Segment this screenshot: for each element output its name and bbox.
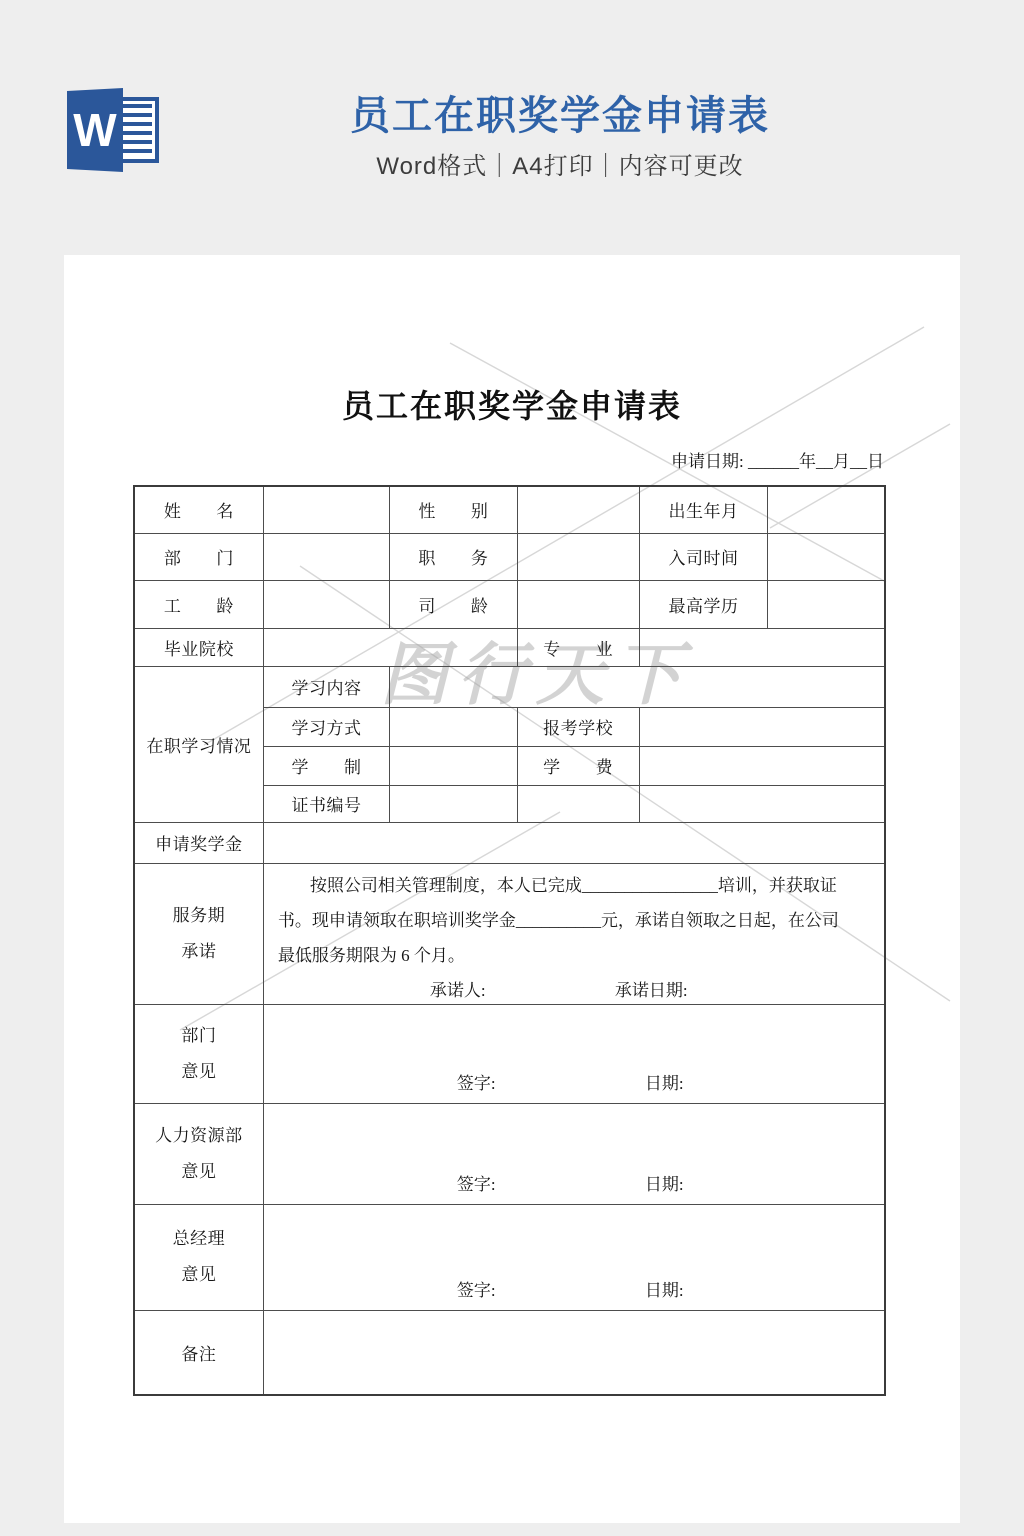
date-label: 日期: [645, 1175, 684, 1194]
field-highest-education [768, 580, 885, 628]
label-scholarship: 申请奖学金 [134, 822, 263, 863]
screen: W 员工在职奖学金申请表 Word格式｜A4打印｜内容可更改 图行天下 员工在职… [0, 0, 1024, 1536]
document-page: 图行天下 员工在职奖学金申请表 申请日期: ______年__月__日 姓 名 … [64, 255, 960, 1523]
dept-sign-row: 签字: 日期: [264, 1069, 884, 1103]
field-position [517, 533, 639, 580]
sign-label: 签字: [457, 1281, 496, 1300]
field-department [263, 533, 389, 580]
row-gm-opinion: 总经理 意见 签字: 日期: [134, 1204, 885, 1310]
field-name [263, 486, 389, 533]
field-join-time [768, 533, 885, 580]
row-study-content: 在职学习情况 学习内容 [134, 666, 885, 707]
label-remark: 备注 [134, 1310, 263, 1395]
label-graduate-school: 毕业院校 [134, 628, 263, 666]
label-schooling-length: 学 制 [263, 746, 389, 785]
field-cert-no-2 [517, 785, 639, 822]
row-name-gender-birth: 姓 名 性 别 出生年月 [134, 486, 885, 533]
promise-sign-row: 承诺人: 承诺日期: [264, 976, 884, 1001]
label-major: 专 业 [517, 628, 639, 666]
label-gm-opinion-line2: 意见 [135, 1257, 263, 1293]
row-dept-position-join: 部 门 职 务 入司时间 [134, 533, 885, 580]
row-service-promise: 服务期 承诺 按照公司相关管理制度，本人已完成________________培… [134, 863, 885, 1004]
field-schooling-length [390, 746, 517, 785]
word-icon: W [65, 88, 161, 174]
word-icon-letter: W [73, 107, 116, 153]
label-name: 姓 名 [134, 486, 263, 533]
label-hr-opinion-line1: 人力资源部 [135, 1118, 263, 1154]
label-dept-opinion-line2: 意见 [135, 1054, 263, 1090]
label-study-mode: 学习方式 [263, 707, 389, 746]
label-service-promise-line1: 服务期 [135, 898, 263, 934]
promise-date-label: 承诺日期: [615, 981, 688, 1000]
label-dept-opinion: 部门 意见 [134, 1004, 263, 1103]
word-icon-w-panel: W [67, 88, 123, 172]
row-dept-opinion: 部门 意见 签字: 日期: [134, 1004, 885, 1103]
field-study-content [390, 666, 885, 707]
service-line-2: 书。现申请领取在职培训奖学金__________元，承诺自领取之日起，在公司 [278, 903, 876, 938]
label-study-content: 学习内容 [263, 666, 389, 707]
gm-opinion-content: 签字: 日期: [263, 1204, 885, 1310]
page-title: 员工在职奖学金申请表 [160, 92, 960, 140]
row-hr-opinion: 人力资源部 意见 签字: 日期: [134, 1103, 885, 1204]
label-service-promise-line2: 承诺 [135, 934, 263, 970]
sign-label: 签字: [457, 1175, 496, 1194]
service-promise-paragraph: 按照公司相关管理制度，本人已完成________________培训，并获取证 … [264, 868, 884, 973]
form-title: 员工在职奖学金申请表 [64, 381, 960, 427]
date-label: 日期: [645, 1281, 684, 1300]
field-study-mode [390, 707, 517, 746]
field-gender [517, 486, 639, 533]
header-text: 员工在职奖学金申请表 Word格式｜A4打印｜内容可更改 [160, 92, 960, 182]
row-remark: 备注 [134, 1310, 885, 1395]
label-join-time: 入司时间 [639, 533, 767, 580]
label-hr-opinion-line2: 意见 [135, 1154, 263, 1190]
label-company-age: 司 龄 [390, 580, 517, 628]
label-dept-opinion-line1: 部门 [135, 1018, 263, 1054]
label-work-age: 工 龄 [134, 580, 263, 628]
field-cert-no-3 [639, 785, 885, 822]
row-school-major: 毕业院校 专 业 [134, 628, 885, 666]
service-promise-content: 按照公司相关管理制度，本人已完成________________培训，并获取证 … [263, 863, 885, 1004]
gm-sign-row: 签字: 日期: [264, 1276, 884, 1310]
sign-label: 签字: [457, 1074, 496, 1093]
page-subtitle: Word格式｜A4打印｜内容可更改 [160, 152, 960, 182]
row-scholarship: 申请奖学金 [134, 822, 885, 863]
service-line-1: 按照公司相关管理制度，本人已完成________________培训，并获取证 [278, 868, 876, 903]
field-graduate-school [263, 628, 517, 666]
label-service-promise: 服务期 承诺 [134, 863, 263, 1004]
dept-opinion-content: 签字: 日期: [263, 1004, 885, 1103]
word-icon-lines [122, 104, 152, 156]
label-position: 职 务 [390, 533, 517, 580]
label-study-section: 在职学习情况 [134, 666, 263, 822]
service-line-3: 最低服务期限为 6 个月。 [278, 938, 876, 973]
field-birth-date [768, 486, 885, 533]
label-tuition: 学 费 [517, 746, 639, 785]
field-company-age [517, 580, 639, 628]
application-date-line: 申请日期: ______年__月__日 [671, 447, 884, 472]
label-apply-school: 报考学校 [517, 707, 639, 746]
hr-sign-row: 签字: 日期: [264, 1170, 884, 1204]
label-cert-no: 证书编号 [263, 785, 389, 822]
label-department: 部 门 [134, 533, 263, 580]
application-form-table: 姓 名 性 别 出生年月 部 门 职 务 入司时间 工 龄 司 龄 [133, 485, 886, 1396]
date-label: 日期: [645, 1074, 684, 1093]
field-major [639, 628, 885, 666]
label-birth-date: 出生年月 [639, 486, 767, 533]
field-cert-no-1 [390, 785, 517, 822]
label-gm-opinion: 总经理 意见 [134, 1204, 263, 1310]
row-workage-education: 工 龄 司 龄 最高学历 [134, 580, 885, 628]
field-scholarship [263, 822, 885, 863]
label-highest-education: 最高学历 [639, 580, 767, 628]
field-remark [263, 1310, 885, 1395]
template-header: W 员工在职奖学金申请表 Word格式｜A4打印｜内容可更改 [0, 0, 1024, 230]
label-gm-opinion-line1: 总经理 [135, 1221, 263, 1257]
field-work-age [263, 580, 389, 628]
field-tuition [639, 746, 885, 785]
label-gender: 性 别 [390, 486, 517, 533]
field-apply-school [639, 707, 885, 746]
hr-opinion-content: 签字: 日期: [263, 1103, 885, 1204]
promiser-label: 承诺人: [430, 981, 486, 1000]
label-hr-opinion: 人力资源部 意见 [134, 1103, 263, 1204]
